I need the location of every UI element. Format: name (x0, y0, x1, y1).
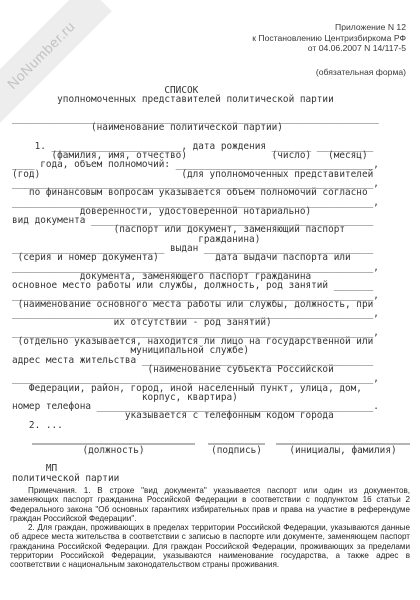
note-paragraph-2: 2. Для граждан, проживающих в пределах т… (10, 523, 410, 569)
appendix-header: Приложение N 12 к Постановлению Центризб… (252, 22, 406, 54)
note-paragraph-1: Примечания. 1. В строке "вид документа" … (10, 486, 410, 523)
signature-position-line: (должность) (32, 443, 195, 455)
notes-section: Примечания. 1. В строке "вид документа" … (10, 486, 410, 570)
form-type-label: (обязательная форма) (316, 67, 406, 77)
appendix-line: от 04.06.2007 N 14/117-5 (252, 43, 406, 54)
phone-caption: указывается с телефонным кодом города (12, 411, 410, 420)
form-subtitle: уполномоченных представителей политическ… (12, 95, 410, 104)
signature-name-label: (инициалы, фамилия) (289, 446, 396, 455)
appendix-line: Приложение N 12 (252, 22, 406, 33)
seal-party-label: политической партии (12, 474, 410, 483)
signature-sign-line: (подпись) (208, 443, 265, 455)
watermark-text: NoNumber.ru (4, 18, 78, 92)
item2-ellipsis: 2. ... (12, 421, 410, 430)
party-name-caption: (наименование политической партии) (12, 123, 410, 132)
form-body: СПИСОК уполномоченных представителей пол… (12, 86, 410, 483)
appendix-line: к Постановлению Центризбиркома РФ (252, 33, 406, 44)
signature-row: (должность) (подпись) (инициалы, фамилия… (32, 443, 410, 455)
seal-block: МП политической партии (12, 464, 410, 483)
signature-name-line: (инициалы, фамилия) (276, 443, 410, 455)
signature-sign-label: (подпись) (211, 446, 262, 455)
signature-position-label: (должность) (82, 446, 144, 455)
